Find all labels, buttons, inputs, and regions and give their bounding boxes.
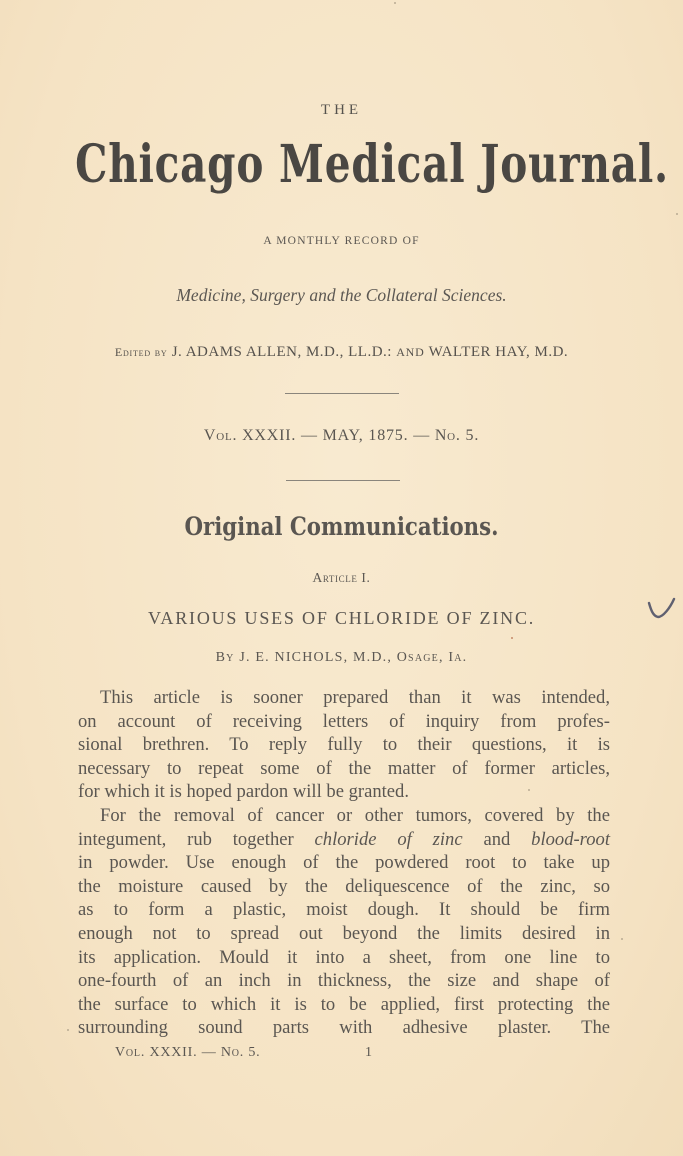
journal-masthead: Chicago Medical Journal. [75,134,608,195]
body-line: surrounding sound parts with adhesive pl… [78,1016,610,1040]
paper-speck [528,789,530,791]
body-line: the surface to which it is to be applied… [78,993,610,1017]
issue-line: Vol. XXXII. — MAY, 1875. — No. 5. [0,427,683,445]
body-line: its application. Mould it into a sheet, … [78,946,610,970]
divider-rule [285,393,399,394]
paper-speck [67,1029,69,1031]
monthly-record-line: A MONTHLY RECORD OF [0,235,683,247]
editor-hay: WALTER HAY, M.D. [429,344,569,360]
editor-allen: J. ADAMS ALLEN, M.D., LL.D.: [172,344,392,360]
paper-speck [394,2,396,4]
journal-page: THE Chicago Medical Journal. A MONTHLY R… [0,0,683,1156]
page-number: 1 [365,1045,372,1061]
paper-speck [676,213,678,215]
journal-subtitle: Medicine, Surgery and the Collateral Sci… [0,285,683,306]
body-text-segment: integument, rub together [78,829,294,850]
paper-speck [621,938,623,940]
article-byline: By J. E. NICHOLS, M.D., Osage, Ia. [0,650,683,666]
footer-no-label: No. [221,1045,244,1060]
body-line: the moisture caused by the deliquescence… [78,875,610,899]
editors-and: and [396,345,424,359]
body-line: as to form a plastic, moist dough. It sh… [78,898,610,922]
emphasis-chloride-of-zinc: chloride of zinc [315,829,463,850]
vol-label: Vol. [204,427,237,444]
body-line: one-fourth of an inch in thickness, the … [78,969,610,993]
by-label: By [216,650,235,665]
body-line: on account of receiving letters of inqui… [78,710,610,734]
body-line: in powder. Use enough of the powdered ro… [78,851,610,875]
section-heading: Original Communications. [51,512,632,541]
divider-rule [286,480,400,481]
body-text-segment: and [483,829,510,850]
footer-vol-label: Vol. [115,1045,145,1060]
masthead-the: THE [0,102,683,119]
article-title: VARIOUS USES OF CHLORIDE OF ZINC. [0,608,683,629]
emphasis-blood-root: blood-root [531,829,610,850]
editors-line: Edited by J. ADAMS ALLEN, M.D., LL.D.: a… [0,344,683,361]
article-body: This article is sooner prepared than it … [78,686,610,1040]
body-line: for which it is hoped pardon will be gra… [78,780,610,804]
article-number: Article I. [0,570,683,586]
author-location: Osage, Ia. [397,650,468,665]
footer-volume: XXXII. — [149,1045,216,1060]
body-line-with-emphasis: integument, rub together chloride of zin… [78,828,610,852]
edited-by-label: Edited by [115,345,168,359]
article-numeral: I. [361,570,370,585]
issue-volume-date: XXXII. — MAY, 1875. — [242,427,430,444]
body-line: necessary to repeat some of the matter o… [78,757,610,781]
body-line: enough not to spread out beyond the limi… [78,922,610,946]
issue-number: 5. [466,427,480,444]
body-line: For the removal of cancer or other tumor… [78,804,610,828]
body-line: This article is sooner prepared than it … [78,686,610,710]
no-label: No. [435,427,461,444]
footer-number: 5. [248,1045,260,1060]
paper-speck [511,637,513,639]
article-label: Article [313,570,358,585]
footer-signature: Vol. XXXII. — No. 5. [115,1045,260,1061]
body-line: sional brethren. To reply fully to their… [78,733,610,757]
author-name: J. E. NICHOLS, M.D., [239,650,392,665]
checkmark-icon [646,596,676,622]
